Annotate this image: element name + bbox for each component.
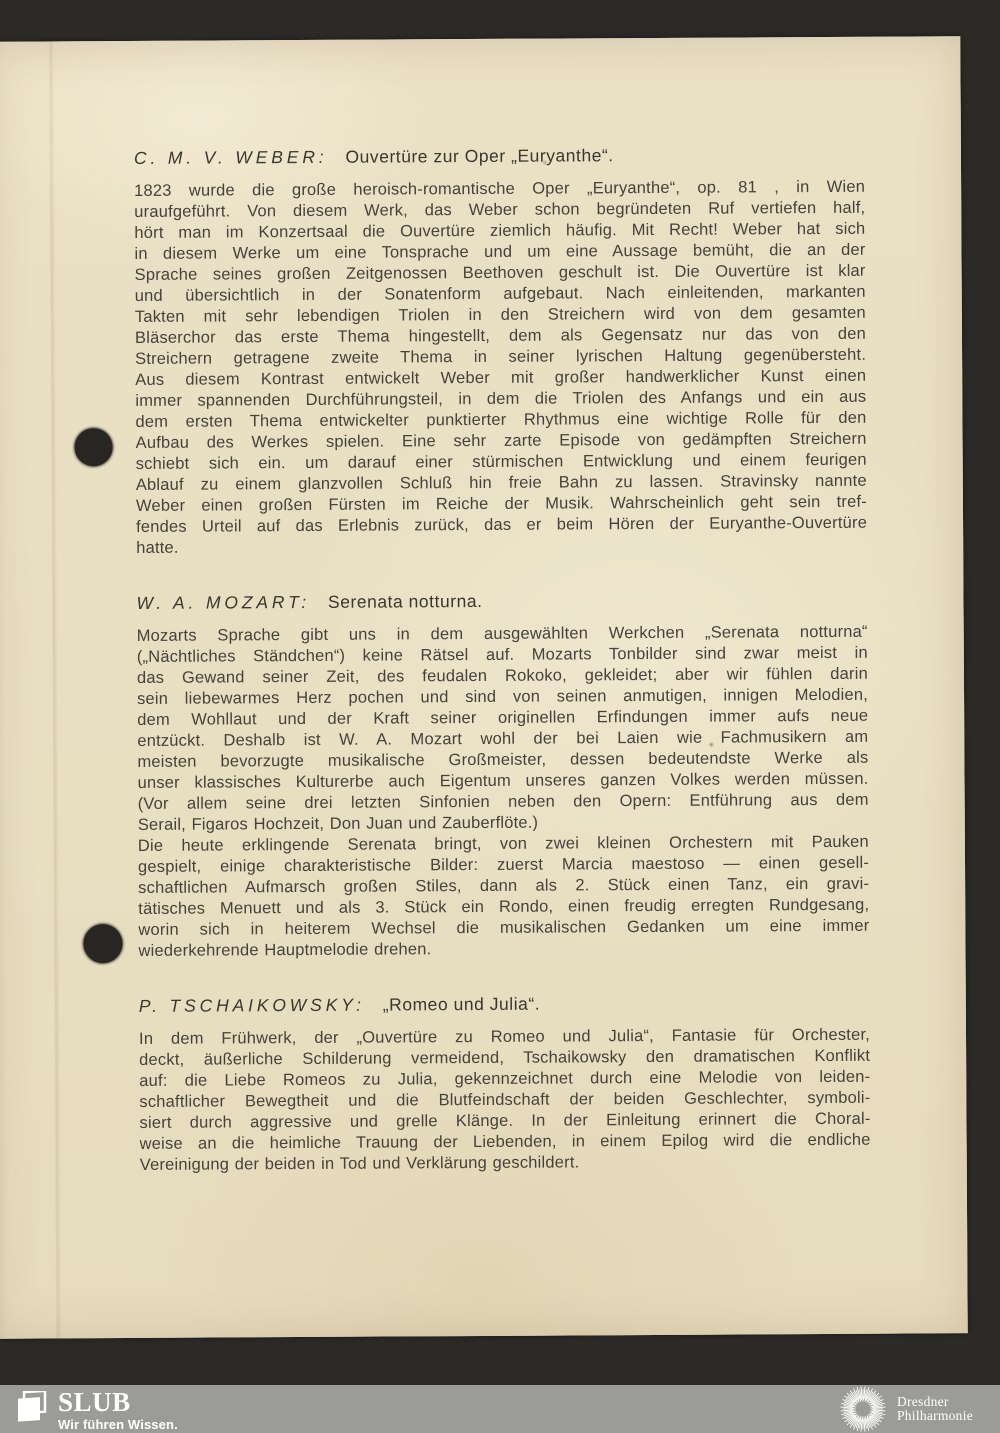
program-note-section: C. M. V. WEBER:Ouvertüre zur Oper „Eurya…: [134, 143, 867, 559]
section-heading: W. A. MOZART:Serenata notturna.: [136, 588, 867, 615]
slub-book-icon: [13, 1391, 51, 1427]
text-line: (Vor allem seine drei letzten Sinfonien …: [138, 790, 869, 815]
viewer-footer: SLUB Wir führen Wissen. Dresdner Philhar…: [0, 1385, 1000, 1433]
slub-tagline: Wir führen Wissen.: [58, 1418, 178, 1432]
program-note-section: P. TSCHAIKOWSKY:„Romeo und Julia“.In dem…: [139, 991, 871, 1176]
punch-hole: [75, 428, 113, 466]
slub-wordmark: SLUB Wir führen Wissen.: [58, 1389, 178, 1432]
work-title: Ouvertüre zur Oper „Euryanthe“.: [345, 145, 613, 167]
scan-viewer: { "page": { "paper_color": "#e9dfc2", "i…: [0, 0, 1000, 1433]
paragraph: 1823 wurde die große heroisch-romantisch…: [134, 177, 867, 559]
philharmonie-starburst-icon: [839, 1385, 887, 1433]
text-line: hatte.: [136, 534, 867, 559]
section-heading: P. TSCHAIKOWSKY:„Romeo und Julia“.: [139, 991, 870, 1018]
text-line: wiederkehrende Hauptmelodie drehen.: [138, 937, 869, 962]
composer-name: W. A. MOZART:: [136, 592, 310, 613]
philharmonie-logo[interactable]: Dresdner Philharmonie: [839, 1385, 973, 1433]
composer-name: C. M. V. WEBER:: [134, 147, 328, 168]
text-line: worin sich in heiterem Wechsel die musik…: [138, 916, 869, 941]
philharmonie-line2: Philharmonie: [897, 1409, 973, 1423]
paragraph: In dem Frühwerk, der „Ouvertüre zu Romeo…: [139, 1025, 871, 1176]
philharmonie-name: Dresdner Philharmonie: [897, 1395, 973, 1423]
slub-logo[interactable]: SLUB Wir führen Wissen.: [13, 1389, 178, 1432]
punch-hole: [83, 924, 122, 963]
paragraph: Mozarts Sprache gibt uns in dem ausgewäh…: [137, 622, 869, 836]
work-title: „Romeo und Julia“.: [383, 994, 540, 1015]
text-line: fendes Urteil auf das Erlebnis zurück, d…: [136, 513, 867, 538]
scanned-page: C. M. V. WEBER:Ouvertüre zur Oper „Eurya…: [0, 36, 968, 1339]
section-heading: C. M. V. WEBER:Ouvertüre zur Oper „Eurya…: [134, 143, 865, 170]
slub-name: SLUB: [58, 1389, 178, 1416]
text-line: weise an die heimliche Trauung der Liebe…: [140, 1130, 871, 1155]
document-page-content: C. M. V. WEBER:Ouvertüre zur Oper „Eurya…: [133, 37, 871, 1176]
composer-name: P. TSCHAIKOWSKY:: [139, 995, 365, 1016]
paragraph: Die heute erklingende Serenata bringt, v…: [138, 832, 870, 962]
program-note-section: W. A. MOZART:Serenata notturna.Mozarts S…: [136, 588, 869, 962]
philharmonie-line1: Dresdner: [897, 1395, 973, 1409]
work-title: Serenata notturna.: [328, 591, 483, 612]
text-line: Vereinigung der beiden in Tod und Verklä…: [140, 1151, 871, 1176]
